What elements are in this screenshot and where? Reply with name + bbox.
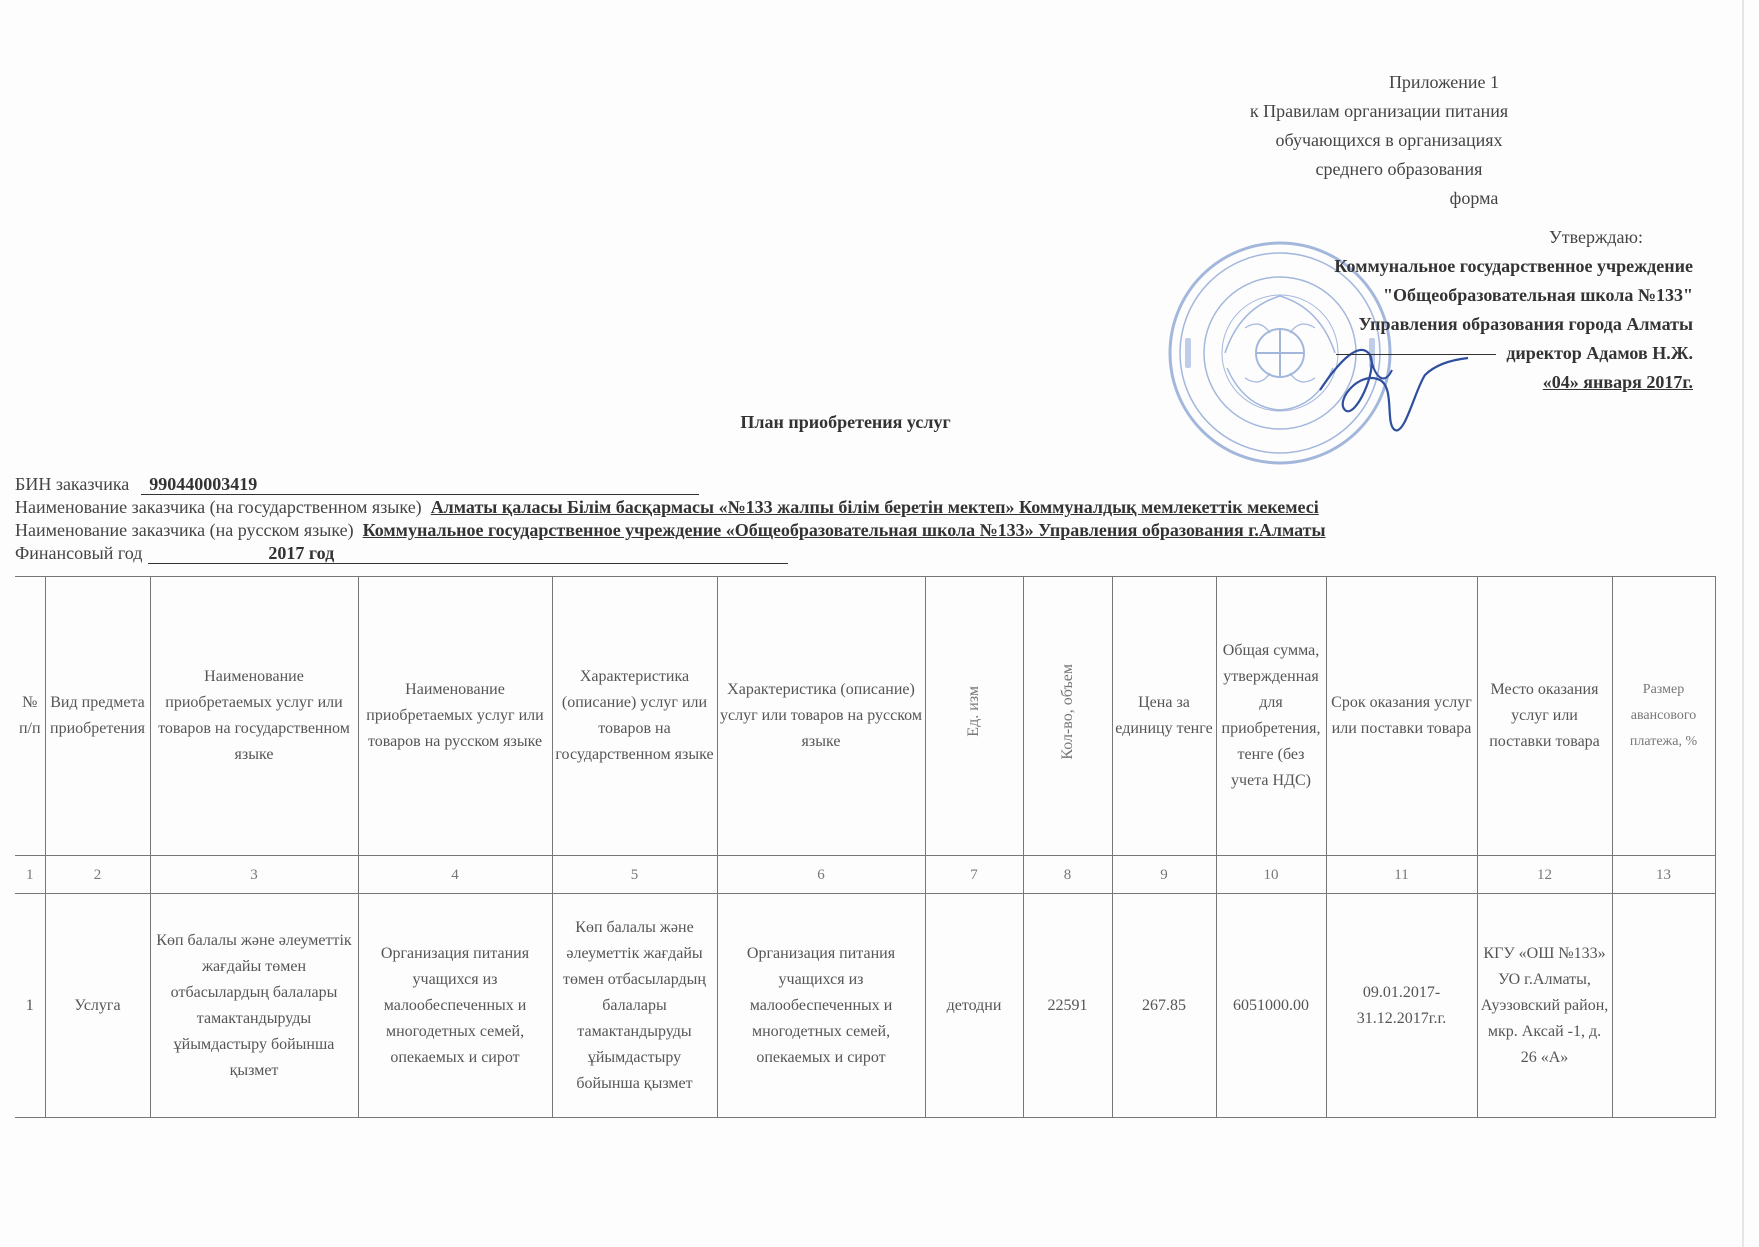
document-title: План приобретения услуг [0,412,1759,433]
header-cell-type: Вид предмета приобретения [45,577,150,856]
header-cell-name-ru: Наименование приобретаемых услуг или тов… [358,577,552,856]
approval-label: Утверждаю: [1334,223,1643,252]
cell-type: Услуга [45,894,150,1118]
header-quantity-text: Кол-во, объем [1055,664,1081,760]
appendix-line: обучающихся в организациях [1209,126,1569,155]
bin-row: БИН заказчика990440003419 [15,473,1326,496]
header-cell-quantity: Кол-во, объем [1023,577,1112,856]
column-number: 12 [1477,856,1612,894]
cell-total: 6051000.00 [1216,894,1326,1118]
table-header-row: № п/п Вид предмета приобретения Наименов… [15,577,1715,856]
table-row: 1 Услуга Көп балалы және әлеуметтік жағд… [15,894,1715,1118]
procurement-plan-table: № п/п Вид предмета приобретения Наименов… [15,576,1716,1118]
name-kz-label: Наименование заказчика (на государственн… [15,497,422,517]
cell-term: 09.01.2017-31.12.2017г.г. [1326,894,1477,1118]
header-cell-number: № п/п [15,577,45,856]
header-cell-unit: Ед. изм [925,577,1023,856]
cell-unit: детодни [925,894,1023,1118]
header-cell-desc-kz: Характеристика (описание) услуг или това… [552,577,717,856]
name-ru-row: Наименование заказчика (на русском языке… [15,519,1326,542]
column-number: 7 [925,856,1023,894]
fiscal-year-row: Финансовый год2017 год [15,542,1326,565]
name-kz-value: Алматы қаласы Білім басқармасы «№133 жал… [431,497,1319,517]
column-number: 6 [717,856,925,894]
cell-name-ru: Организация питания учащихся из малообес… [358,894,552,1118]
cell-number: 1 [15,894,45,1118]
bin-value: 990440003419 [141,474,699,495]
column-number: 1 [15,856,45,894]
cell-desc-kz: Көп балалы және әлеуметтік жағдайы төмен… [552,894,717,1118]
signature-line [1336,354,1496,355]
appendix-line: Приложение 1 [1319,68,1569,97]
name-ru-value: Коммунальное государственное учреждение … [363,520,1326,540]
approver-signer: директор Адамов Н.Ж. [1506,343,1693,363]
fiscal-year-value: 2017 год [148,543,788,564]
cell-quantity: 22591 [1023,894,1112,1118]
approval-block: Утверждаю: Коммунальное государственное … [1334,223,1693,397]
column-number: 10 [1216,856,1326,894]
appendix-header: Приложение 1 к Правилам организации пита… [1149,68,1569,213]
header-unit-text: Ед. изм [961,686,987,737]
approver-org-line: Коммунальное государственное учреждение [1334,252,1693,281]
header-cell-desc-ru: Характеристика (описание) услуг или това… [717,577,925,856]
cell-unit-price: 267.85 [1112,894,1216,1118]
approver-org-line: "Общеобразовательная школа №133" [1334,281,1693,310]
name-ru-label: Наименование заказчика (на русском языке… [15,520,354,540]
scan-edge-line [1742,0,1744,1247]
column-number: 2 [45,856,150,894]
header-cell-advance: Размер авансового платежа, % [1612,577,1715,856]
appendix-line: к Правилам организации питания [1189,97,1569,126]
form-label: форма [1379,184,1569,213]
name-kz-row: Наименование заказчика (на государственн… [15,496,1326,519]
cell-advance [1612,894,1715,1118]
header-cell-name-kz: Наименование приобретаемых услуг или тов… [150,577,358,856]
approver-signer-line: директор Адамов Н.Ж. [1334,339,1693,368]
column-number: 8 [1023,856,1112,894]
cell-desc-ru: Организация питания учащихся из малообес… [717,894,925,1118]
header-cell-place: Место оказания услуг или поставки товара [1477,577,1612,856]
cell-name-kz: Көп балалы және әлеуметтік жағдайы төмен… [150,894,358,1118]
customer-info: БИН заказчика990440003419 Наименование з… [15,473,1326,565]
column-number: 13 [1612,856,1715,894]
appendix-line: среднего образования [1229,155,1569,184]
column-number: 11 [1326,856,1477,894]
bin-label: БИН заказчика [15,474,129,494]
approver-org-line: Управления образования города Алматы [1334,310,1693,339]
fiscal-year-label: Финансовый год [15,543,142,563]
column-number: 9 [1112,856,1216,894]
approval-date: «04» января 2017г. [1334,368,1693,397]
column-number-row: 1 2 3 4 5 6 7 8 9 10 11 12 13 [15,856,1715,894]
column-number: 5 [552,856,717,894]
header-cell-unit-price: Цена за единицу тенге [1112,577,1216,856]
column-number: 4 [358,856,552,894]
document-title-text: План приобретения услуг [740,412,950,432]
header-cell-total: Общая сумма, утвержденная для приобретен… [1216,577,1326,856]
column-number: 3 [150,856,358,894]
cell-place: КГУ «ОШ №133» УО г.Алматы, Ауэзовский ра… [1477,894,1612,1118]
header-cell-term: Срок оказания услуг или поставки товара [1326,577,1477,856]
